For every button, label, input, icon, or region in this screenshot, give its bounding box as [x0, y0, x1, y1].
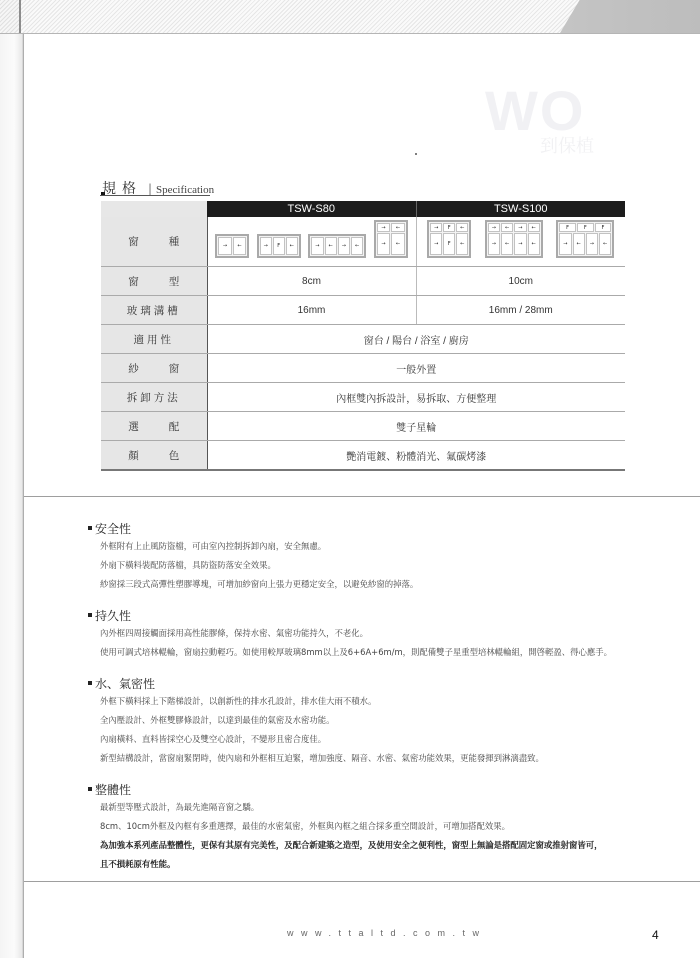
footer-website: www.ttaltd.com.tw	[287, 928, 487, 938]
slide-right-arrow-icon: →	[514, 233, 526, 255]
slide-left-arrow-icon: ←	[528, 223, 540, 232]
row-label: 窗種	[101, 217, 207, 267]
table-row: 玻璃溝槽16mm16mm / 28mm	[101, 296, 625, 325]
slide-left-arrow-icon: ←	[456, 233, 468, 255]
row-value: 艷消電鍍、粉體消光、氟碳烤漆	[207, 441, 625, 471]
table-row: 窗種→←→F←→←→←→←→←→F←→F←→←→←→←→←FFF→←→←	[101, 217, 625, 267]
feature-line: 內外框四周接觸面採用高性能膠條，保持水密、氣密功能持久，不老化。	[100, 624, 678, 643]
bullet-icon	[88, 787, 92, 791]
model-header-s100: TSW-S100	[416, 201, 625, 217]
slide-right-arrow-icon: →	[260, 237, 272, 255]
slide-left-arrow-icon: ←	[351, 237, 363, 255]
bullet-icon	[88, 526, 92, 530]
feature-line: 新型結構設計，當窗扇緊閉時，使內扇和外框相互迫緊，增加強度、隔音、水密、氣密功能…	[100, 749, 678, 768]
window-diagram-icon: →←	[215, 234, 249, 258]
feature-line: 外框附有上止風防盜檔，可由室內控制拆卸內扇，安全無慮。	[100, 537, 678, 556]
feature-line: 且不損耗原有性能。	[100, 855, 678, 874]
slide-right-arrow-icon: →	[338, 237, 350, 255]
feature-line: 全內壓設計、外框雙膠條設計，以達到最佳的氣密及水密功能。	[100, 711, 678, 730]
feature-title: 水、氣密性	[88, 674, 678, 692]
slide-left-arrow-icon: ←	[501, 233, 513, 255]
row-value-s80: 8cm	[207, 267, 416, 296]
feature-block: 水、氣密性外框下橫料採上下階梯設計，以創新性的排水孔設計，排水佳大雨不積水。全內…	[88, 674, 678, 768]
window-diagram-icon: →F←→F←	[427, 220, 471, 258]
window-types-s100: →F←→F←→←→←→←→←FFF→←→←	[416, 217, 625, 267]
heading-separator: |	[148, 182, 152, 196]
slide-left-arrow-icon: ←	[456, 223, 468, 232]
fixed-pane-icon: F	[273, 237, 285, 255]
row-label-text: 拆卸方法	[127, 392, 181, 404]
slide-right-arrow-icon: →	[430, 233, 442, 255]
fixed-pane-icon: F	[577, 223, 594, 232]
row-label: 紗窗	[101, 354, 207, 383]
feature-block: 持久性內外框四周接觸面採用高性能膠條，保持水密、氣密功能持久，不老化。使用可調式…	[88, 606, 678, 662]
bullet-icon	[88, 681, 92, 685]
row-label: 玻璃溝槽	[101, 296, 207, 325]
feature-title: 安全性	[88, 519, 678, 537]
window-types-s80: →←→F←→←→←→←→←	[207, 217, 416, 267]
row-label-text: 適用性	[134, 334, 175, 346]
row-label: 拆卸方法	[101, 383, 207, 412]
feature-block: 安全性外框附有上止風防盜檔，可由室內控制拆卸內扇，安全無慮。外扇下橫料裝配防落檔…	[88, 519, 678, 594]
row-label-text: 紗窗	[128, 363, 209, 375]
table-corner	[101, 201, 207, 217]
table-row: 窗型8cm10cm	[101, 267, 625, 296]
feature-block: 整體性最新型等壓式設計，為最先進隔音窗之驕。8cm、10cm外框及內框有多重選擇…	[88, 780, 678, 874]
row-value-s100: 10cm	[416, 267, 625, 296]
row-value-s100: 16mm / 28mm	[416, 296, 625, 325]
window-diagram-icon: →←→←	[308, 234, 366, 258]
window-diagram-icon: →←→←→←→←	[485, 220, 543, 258]
feature-line: 最新型等壓式設計，為最先進隔音窗之驕。	[100, 798, 678, 817]
row-label: 窗型	[101, 267, 207, 296]
feature-line: 使用可調式培林輥輪，窗扇拉動輕巧。如使用較厚玻璃8mm以上及6+6A+6m/m，…	[100, 643, 678, 662]
row-value: 窗台 / 陽台 / 浴室 / 廚房	[207, 325, 625, 354]
window-diagram-icon: →F←	[257, 234, 301, 258]
row-value: 一般外置	[207, 354, 625, 383]
heading-underline	[100, 195, 210, 196]
row-label-text: 玻璃溝槽	[127, 305, 181, 317]
slide-left-arrow-icon: ←	[528, 233, 540, 255]
fixed-pane-icon: F	[443, 233, 455, 255]
feature-line: 外框下橫料採上下階梯設計，以創新性的排水孔設計，排水佳大雨不積水。	[100, 692, 678, 711]
header-band-left-edge	[0, 0, 21, 33]
table-row: 拆卸方法內框雙內拆設計，易拆取、方便整理	[101, 383, 625, 412]
slide-left-arrow-icon: ←	[573, 233, 585, 255]
slide-right-arrow-icon: →	[488, 223, 500, 232]
feature-title-text: 安全性	[95, 520, 131, 537]
feature-title-text: 水、氣密性	[95, 675, 155, 692]
slide-left-arrow-icon: ←	[286, 237, 298, 255]
page-number: 4	[652, 928, 659, 942]
feature-title: 整體性	[88, 780, 678, 798]
watermark-subtitle: 到保植	[540, 132, 594, 158]
feature-line: 外扇下橫料裝配防落檔，具防盜防落安全效果。	[100, 556, 678, 575]
slide-right-arrow-icon: →	[559, 233, 571, 255]
spec-table: TSW-S80 TSW-S100 窗種→←→F←→←→←→←→←→F←→F←→←…	[101, 201, 625, 471]
slide-right-arrow-icon: →	[311, 237, 323, 255]
row-label-text: 窗型	[128, 276, 209, 288]
header-band-shade	[560, 0, 700, 33]
row-label-text: 窗種	[128, 236, 209, 248]
fixed-pane-icon: F	[443, 223, 455, 232]
table-row: 顏色艷消電鍍、粉體消光、氟碳烤漆	[101, 441, 625, 471]
feature-title-text: 整體性	[95, 781, 131, 798]
row-label: 適用性	[101, 325, 207, 354]
row-value-s80: 16mm	[207, 296, 416, 325]
row-value: 雙子星輪	[207, 412, 625, 441]
feature-title: 持久性	[88, 606, 678, 624]
table-row: 紗窗一般外置	[101, 354, 625, 383]
slide-left-arrow-icon: ←	[233, 237, 247, 255]
slide-right-arrow-icon: →	[377, 233, 391, 255]
row-label-text: 選配	[128, 421, 209, 433]
page-binding-edge	[0, 0, 24, 958]
section-divider-top	[24, 496, 700, 497]
slide-right-arrow-icon: →	[218, 237, 232, 255]
model-header-s80: TSW-S80	[207, 201, 416, 217]
window-diagram-icon: →←→←	[374, 220, 408, 258]
slide-left-arrow-icon: ←	[391, 223, 405, 232]
header-hatch-band	[0, 0, 700, 34]
slide-right-arrow-icon: →	[586, 233, 598, 255]
fixed-pane-icon: F	[595, 223, 612, 232]
window-diagram-icon: FFF→←→←	[556, 220, 614, 258]
bullet-icon	[88, 613, 92, 617]
slide-right-arrow-icon: →	[377, 223, 391, 232]
row-value: 內框雙內拆設計，易拆取、方便整理	[207, 383, 625, 412]
slide-right-arrow-icon: →	[430, 223, 442, 232]
features-section: 安全性外框附有上止風防盜檔，可由室內控制拆卸內扇，安全無慮。外扇下橫料裝配防落檔…	[88, 519, 678, 886]
slide-left-arrow-icon: ←	[501, 223, 513, 232]
row-label: 顏色	[101, 441, 207, 471]
fixed-pane-icon: F	[559, 223, 576, 232]
feature-line: 紗窗採三段式高彈性塑膠導塊，可增加紗窗向上張力更穩定安全，以避免紗窗的掉落。	[100, 575, 678, 594]
slide-right-arrow-icon: →	[514, 223, 526, 232]
section-divider-bottom	[24, 881, 700, 882]
feature-line: 為加強本系列產品整體性，更保有其原有完美性，及配合新建築之造型，及使用安全之便利…	[100, 836, 678, 855]
row-label-text: 顏色	[128, 450, 209, 462]
row-label: 選配	[101, 412, 207, 441]
slide-right-arrow-icon: →	[488, 233, 500, 255]
feature-line: 8cm、10cm外框及內框有多重選擇，最佳的水密氣密，外框與內框之組合採多重空間…	[100, 817, 678, 836]
feature-title-text: 持久性	[95, 607, 131, 624]
table-row: 選配雙子星輪	[101, 412, 625, 441]
feature-line: 內扇橫料、直料皆採空心及雙空心設計，不變形且密合度佳。	[100, 730, 678, 749]
slide-left-arrow-icon: ←	[599, 233, 611, 255]
slide-left-arrow-icon: ←	[391, 233, 405, 255]
table-row: 適用性窗台 / 陽台 / 浴室 / 廚房	[101, 325, 625, 354]
scan-speck	[415, 153, 417, 155]
slide-left-arrow-icon: ←	[325, 237, 337, 255]
